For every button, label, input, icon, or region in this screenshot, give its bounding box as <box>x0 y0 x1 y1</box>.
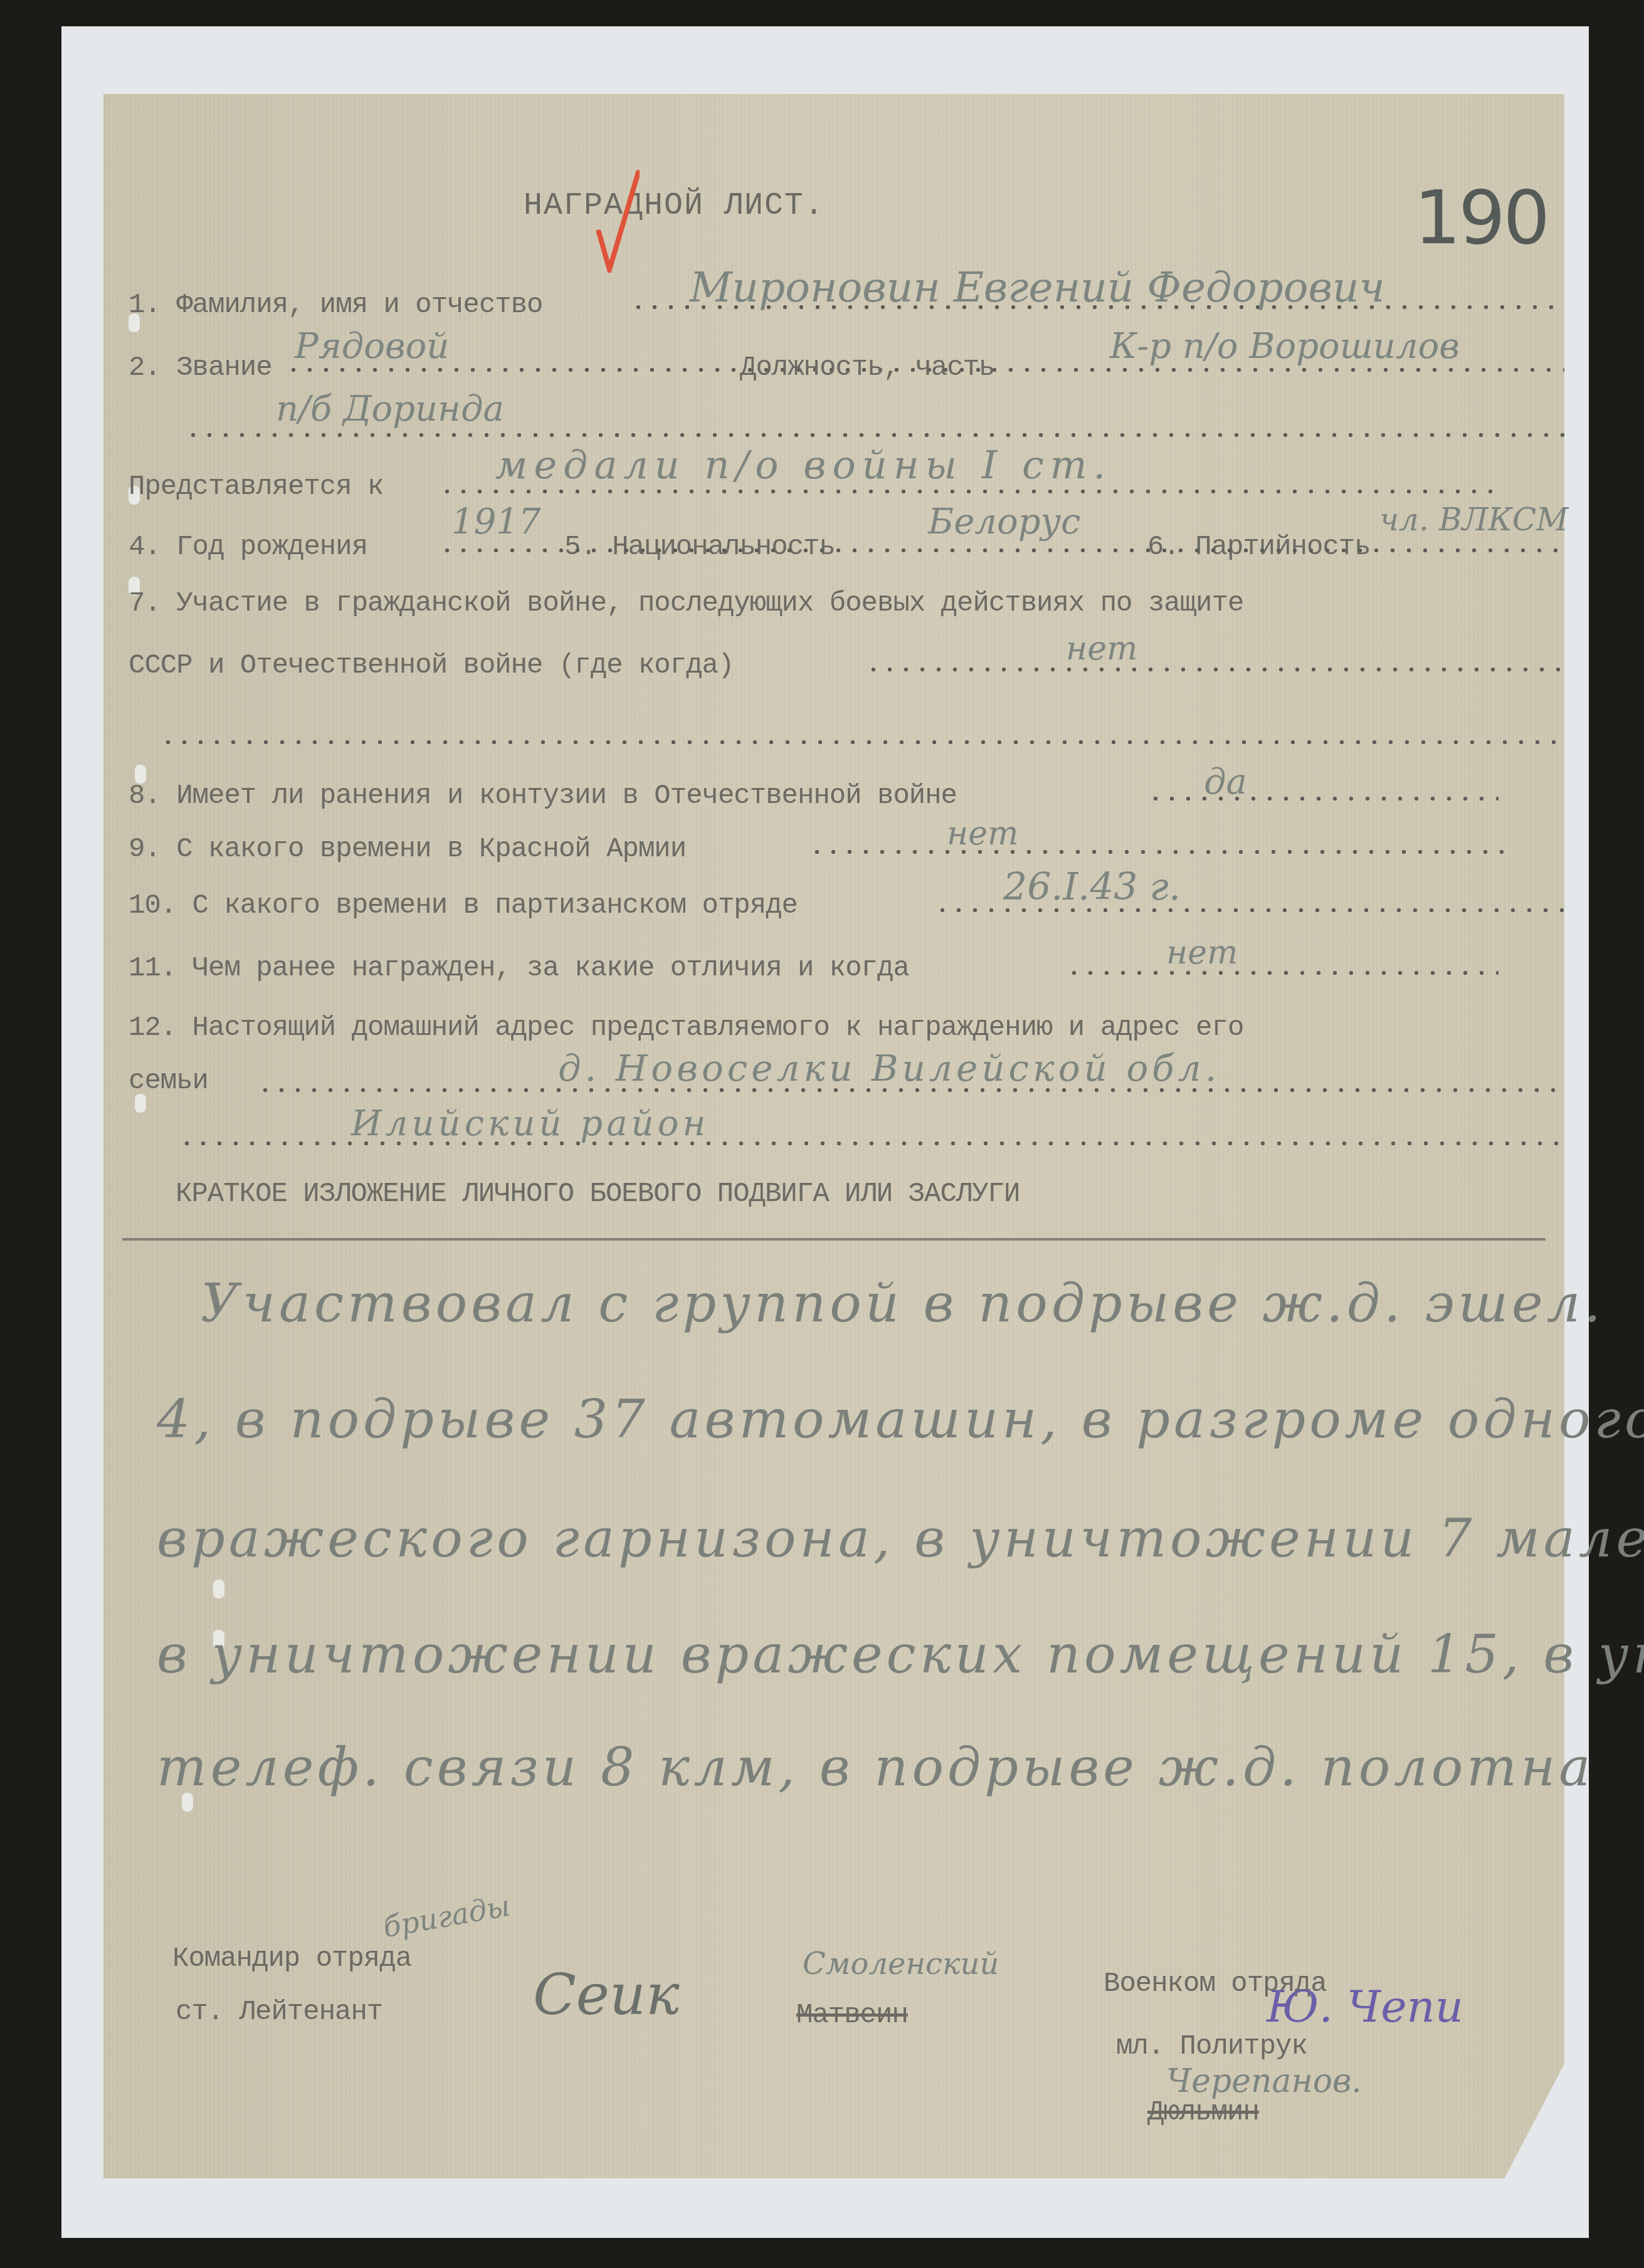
checkmark-icon <box>596 169 640 273</box>
punch-hole <box>213 1580 224 1599</box>
narrative-line: 4, в подрыве 37 автомашин, в разгроме од… <box>157 1389 1644 1450</box>
field-label-previous-awards: 11. Чем ранее награжден, за какие отличи… <box>129 953 909 984</box>
field-value-nationality: Белорус <box>928 501 1080 542</box>
narrative-line: Участвовал с группой в подрыве ж.д. эшел… <box>201 1273 1604 1334</box>
field-label-partisan-since: 10. С какого времени в партизанском отря… <box>129 890 798 921</box>
commander-rank: ст. Лейтенант <box>176 1997 382 2028</box>
field-label-fullname: 1. Фамилия, имя и отчество <box>129 290 543 321</box>
field-value-address: д. Новоселки Вилейской обл. <box>558 1047 1220 1089</box>
field-label-participation: 7. Участие в гражданской войне, последую… <box>129 588 1243 619</box>
field-label-rank: 2. Звание <box>129 352 272 384</box>
commander-title: Командир отряда <box>172 1943 411 1975</box>
commander-title-text: Командир отряда <box>172 1943 411 1975</box>
dotted-line <box>1066 970 1499 975</box>
commissar-signature: Ю. Чепи <box>1267 1981 1463 2032</box>
section-divider <box>122 1238 1546 1241</box>
document-title: НАГРАДНОЙ ЛИСТ. <box>524 188 825 224</box>
field-value-unit: п/б Доринда <box>276 389 504 429</box>
dotted-line <box>865 667 1564 672</box>
field-label-nationality: 5. Национальность <box>564 532 835 563</box>
dotted-line <box>1147 796 1499 801</box>
narrative-line: в уничтожении вражеских помещений 15, в … <box>157 1624 1644 1685</box>
dotted-line <box>809 849 1505 854</box>
field-label-family: семьи <box>129 1066 208 1097</box>
field-value-fullname: Мироновин Евгений Федорович <box>690 263 1385 312</box>
field-value-award: медали п/о войны I ст. <box>495 442 1112 488</box>
dotted-line <box>439 548 1564 553</box>
commander-name-struck: Матвеин <box>796 2000 908 2031</box>
commissar-rank: мл. Политрук <box>1116 2031 1307 2062</box>
narrative-line: вражеского гарнизона, в уничтожении 7 ма… <box>157 1508 1644 1569</box>
field-label-wounds: 8. Имеет ли ранения и контузии в Отечест… <box>129 780 957 812</box>
field-label-red-army-since: 9. С какого времени в Красной Армии <box>129 834 686 865</box>
dotted-line <box>185 433 1564 438</box>
field-value-district: Илийский район <box>351 1103 709 1144</box>
field-label-nominated-for: Представляется к <box>129 471 383 503</box>
dotted-line <box>439 489 1505 494</box>
page-number: 190 <box>1414 174 1547 261</box>
section-heading: КРАТКОЕ ИЗЛОЖЕНИЕ ЛИЧНОГО БОЕВОГО ПОДВИГ… <box>176 1179 1020 1210</box>
dotted-line <box>160 740 1564 745</box>
field-value-party: чл. ВЛКСМ <box>1379 501 1568 538</box>
commissar-name-handwritten: Черепанов. <box>1166 2062 1362 2100</box>
field-label-address: 12. Настоящий домашний адрес представляе… <box>129 1012 1243 1044</box>
field-label-position: Должность, часть <box>740 352 994 384</box>
field-value-rank: Рядовой <box>295 326 449 367</box>
field-label-participation-cont: СССР и Отечественной войне (где когда) <box>129 650 734 681</box>
commissar-name-struck: Дюльмин <box>1147 2097 1259 2128</box>
commander-name-handwritten: Смоленский <box>803 1946 999 1982</box>
field-value-red-army-since: нет <box>947 815 1018 853</box>
field-value-position: К-р п/о Ворошилов <box>1110 326 1460 367</box>
field-value-participation: нет <box>1066 630 1137 668</box>
commander-signature: Сеик <box>533 1962 680 2028</box>
field-label-birth-year: 4. Год рождения <box>129 532 367 563</box>
field-value-previous-awards: нет <box>1166 934 1238 972</box>
narrative-line: телеф. связи 8 клм, в подрыве ж.д. полот… <box>157 1736 1594 1798</box>
field-value-birth-year: 1917 <box>451 501 541 542</box>
field-value-wounds: да <box>1204 762 1247 802</box>
field-value-partisan-since: 26.I.43 г. <box>1003 865 1181 909</box>
field-label-party: 6. Партийность <box>1147 532 1371 563</box>
